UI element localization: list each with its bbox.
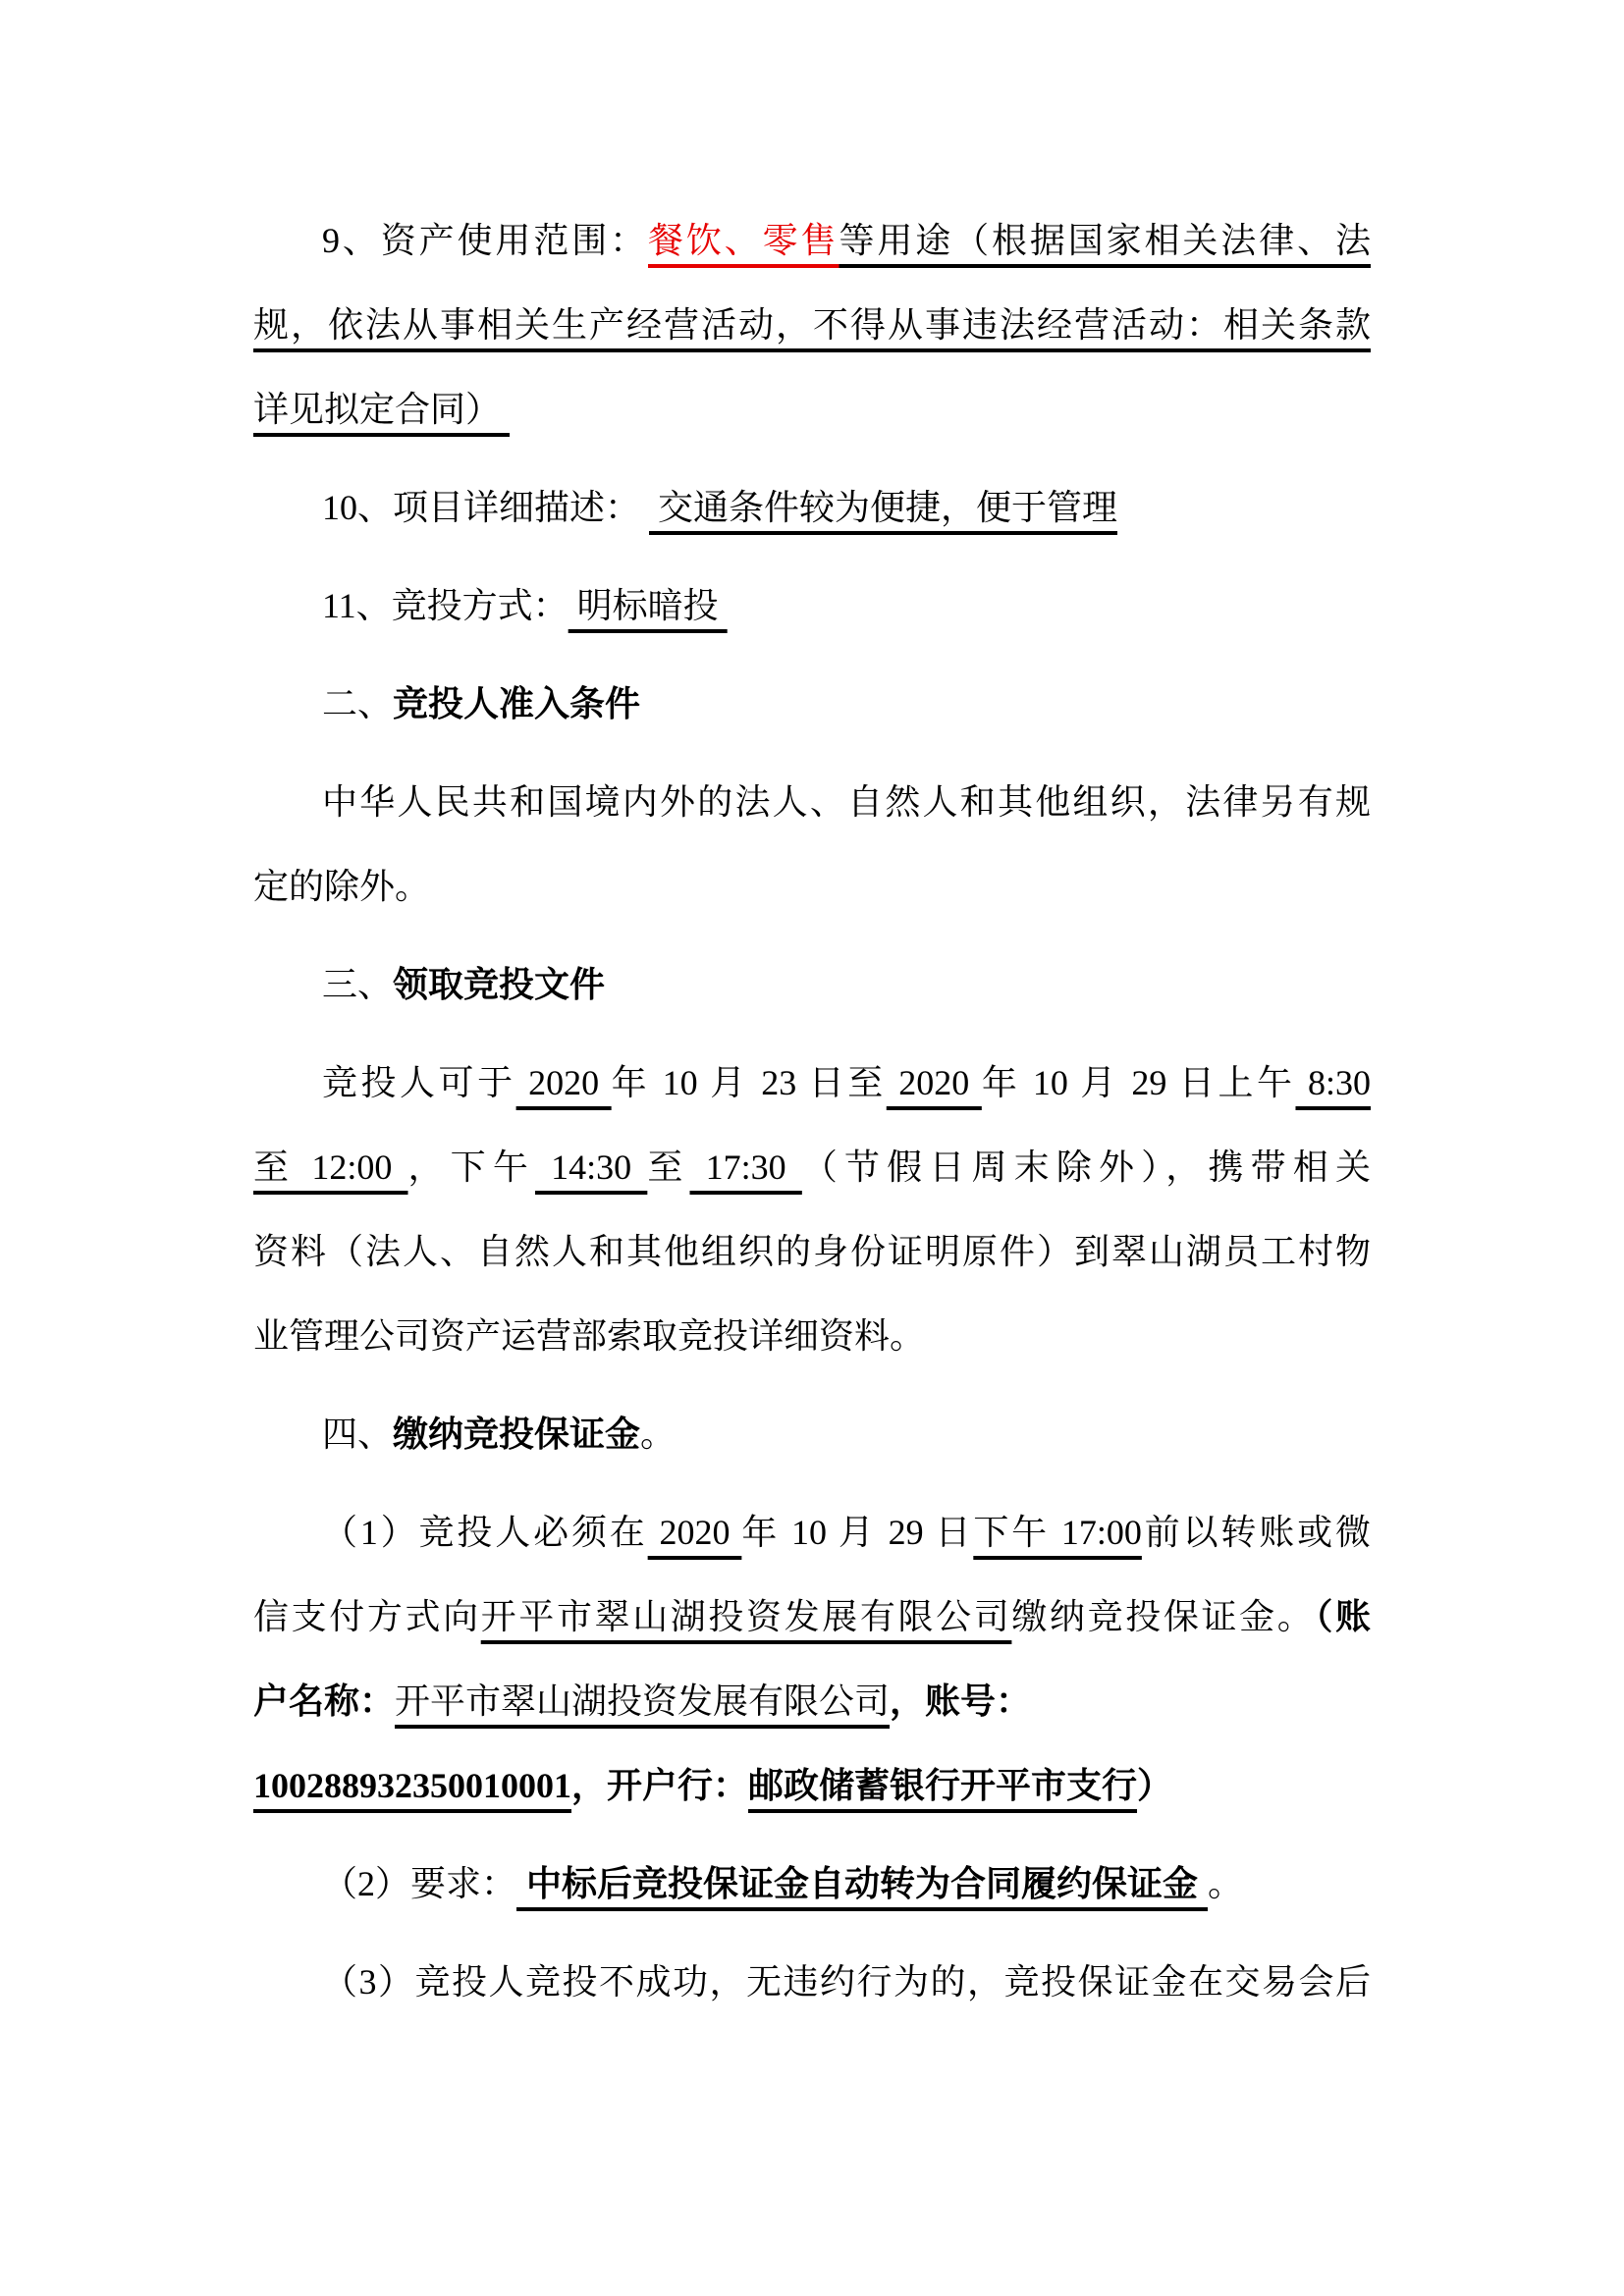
paragraph: 9、资产使用范围：餐饮、零售等用途（根据国家相关法律、法规，依法从事相关生产经营… xyxy=(253,198,1371,452)
text-run: 前以转账或微 xyxy=(1142,1513,1371,1552)
text-run: （1）竞投人必须在 xyxy=(322,1513,648,1552)
text-line: 户名称：开平市翠山湖投资发展有限公司，账号： xyxy=(253,1659,1371,1743)
underlined-text: 开平市翠山湖投资发展有限公司 xyxy=(395,1682,890,1721)
text-line: 业管理公司资产运营部索取竞投详细资料。 xyxy=(253,1294,1371,1378)
text-run: （节假日周末除外），携带相关 xyxy=(802,1148,1371,1187)
text-run: 四、 xyxy=(322,1415,393,1454)
text-run: 户名称： xyxy=(253,1681,395,1721)
text-line: 资料（法人、自然人和其他组织的身份证明原件）到翠山湖员工村物 xyxy=(253,1209,1371,1294)
paragraph: 中华人民共和国境内外的法人、自然人和其他组织，法律另有规定的除外。 xyxy=(253,760,1371,929)
text-run: 竞投人可于 xyxy=(322,1063,516,1102)
document-page: 9、资产使用范围：餐饮、零售等用途（根据国家相关法律、法规，依法从事相关生产经营… xyxy=(0,0,1624,2296)
text-run: 二、 xyxy=(322,684,393,723)
underlined-text: 14:30 xyxy=(535,1148,647,1187)
text-line: 竞投人可于 2020 年 10 月 23 日至 2020 年 10 月 29 日… xyxy=(253,1041,1371,1125)
text-run: 10、项目详细描述： xyxy=(322,488,649,527)
text-line: （2）要求： 中标后竞投保证金自动转为合同履约保证金 。 xyxy=(253,1842,1371,1926)
paragraph: （3）竞投人竞投不成功，无违约行为的，竞投保证金在交易会后 xyxy=(253,1940,1371,2024)
text-run: （2）要求： xyxy=(322,1864,516,1903)
text-run: 。 xyxy=(640,1415,676,1454)
text-run: 资料（法人、自然人和其他组织的身份证明原件）到翠山湖员工村物 xyxy=(253,1232,1371,1271)
text-run: 定的除外。 xyxy=(253,867,430,906)
underlined-text: 中标后竞投保证金自动转为合同履约保证金 xyxy=(516,1863,1208,1903)
underlined-text: 下午 17:00 xyxy=(973,1513,1142,1552)
underlined-text: 邮政储蓄银行开平市支行 xyxy=(748,1765,1137,1805)
text-run: 至 xyxy=(647,1148,689,1187)
text-line: （1）竞投人必须在 2020 年 10 月 29 日下午 17:00前以转账或微 xyxy=(253,1490,1371,1575)
paragraph: （2）要求： 中标后竞投保证金自动转为合同履约保证金 。 xyxy=(253,1842,1371,1926)
text-run: 中华人民共和国境内外的法人、自然人和其他组织，法律另有规 xyxy=(322,782,1371,822)
section-heading: 四、缴纳竞投保证金。 xyxy=(253,1392,1371,1476)
underlined-text: 明标暗投 xyxy=(568,586,728,625)
text-run: （账 xyxy=(1315,1596,1371,1636)
underlined-text: 17:30 xyxy=(690,1148,802,1187)
text-run: 9、资产使用范围： xyxy=(322,221,648,260)
text-run: 领取竞投文件 xyxy=(393,964,605,1004)
text-run: 缴纳竞投保证金 xyxy=(393,1414,640,1454)
underlined-text: 规，依法从事相关生产经营活动，不得从事违法经营活动：相关条款 xyxy=(253,305,1371,345)
text-line: 10、项目详细描述： 交通条件较为便捷，便于管理 xyxy=(253,465,1371,550)
text-run: ，账号： xyxy=(890,1681,1031,1721)
text-run: 年 10 月 23 日至 xyxy=(612,1063,887,1102)
section-heading: 三、领取竞投文件 xyxy=(253,942,1371,1027)
paragraph: （1）竞投人必须在 2020 年 10 月 29 日下午 17:00前以转账或微… xyxy=(253,1490,1371,1828)
text-run: ，下午 xyxy=(408,1148,536,1187)
text-run: ，开户行： xyxy=(571,1765,748,1805)
text-line: （3）竞投人竞投不成功，无违约行为的，竞投保证金在交易会后 xyxy=(253,1940,1371,2024)
text-line: 三、领取竞投文件 xyxy=(253,942,1371,1027)
text-run: 年 10 月 29 日 xyxy=(741,1513,973,1552)
text-line: 四、缴纳竞投保证金。 xyxy=(253,1392,1371,1476)
text-run: 11、竞投方式： xyxy=(322,586,568,625)
paragraph: 10、项目详细描述： 交通条件较为便捷，便于管理 xyxy=(253,465,1371,550)
underlined-text: 等用途（根据国家相关法律、法 xyxy=(839,221,1371,260)
text-run: 信支付方式向 xyxy=(253,1597,481,1636)
underlined-text: 至 12:00 xyxy=(253,1148,408,1187)
section-heading: 二、竞投人准入条件 xyxy=(253,662,1371,746)
text-run: ） xyxy=(1137,1765,1172,1805)
underlined-text: 2020 xyxy=(887,1063,982,1102)
text-line: 100288932350010001，开户行：邮政储蓄银行开平市支行） xyxy=(253,1743,1371,1828)
text-line: 定的除外。 xyxy=(253,844,1371,929)
text-run: 竞投人准入条件 xyxy=(393,683,640,723)
text-run: 年 10 月 29 日上午 xyxy=(982,1063,1296,1102)
underlined-text: 餐饮、零售 xyxy=(648,221,839,260)
text-run: 业管理公司资产运营部索取竞投详细资料。 xyxy=(253,1316,925,1356)
paragraph: 竞投人可于 2020 年 10 月 23 日至 2020 年 10 月 29 日… xyxy=(253,1041,1371,1378)
underlined-text: 开平市翠山湖投资发展有限公司 xyxy=(481,1597,1012,1636)
underlined-text: 8:30 xyxy=(1295,1063,1371,1102)
text-line: 中华人民共和国境内外的法人、自然人和其他组织，法律另有规 xyxy=(253,760,1371,844)
text-line: 11、竞投方式： 明标暗投 xyxy=(253,563,1371,648)
underlined-text: 交通条件较为便捷，便于管理 xyxy=(649,488,1117,527)
underlined-text: 2020 xyxy=(516,1063,612,1102)
text-run: （3）竞投人竞投不成功，无违约行为的，竞投保证金在交易会后 xyxy=(322,1962,1371,2002)
text-line: 详见拟定合同） xyxy=(253,367,1371,452)
text-run: 。 xyxy=(1208,1864,1243,1903)
underlined-text: 100288932350010001 xyxy=(253,1766,571,1805)
text-line: 至 12:00 ，下午 14:30 至 17:30 （节假日周末除外），携带相关 xyxy=(253,1125,1371,1209)
text-line: 9、资产使用范围：餐饮、零售等用途（根据国家相关法律、法 xyxy=(253,198,1371,283)
paragraph: 11、竞投方式： 明标暗投 xyxy=(253,563,1371,648)
underlined-text: 详见拟定合同） xyxy=(253,390,510,429)
text-run: 三、 xyxy=(322,965,393,1004)
text-line: 规，依法从事相关生产经营活动，不得从事违法经营活动：相关条款 xyxy=(253,283,1371,367)
text-line: 信支付方式向开平市翠山湖投资发展有限公司缴纳竞投保证金。（账 xyxy=(253,1575,1371,1659)
text-run: 缴纳竞投保证金。 xyxy=(1011,1597,1315,1636)
underlined-text: 2020 xyxy=(648,1513,742,1552)
text-line: 二、竞投人准入条件 xyxy=(253,662,1371,746)
